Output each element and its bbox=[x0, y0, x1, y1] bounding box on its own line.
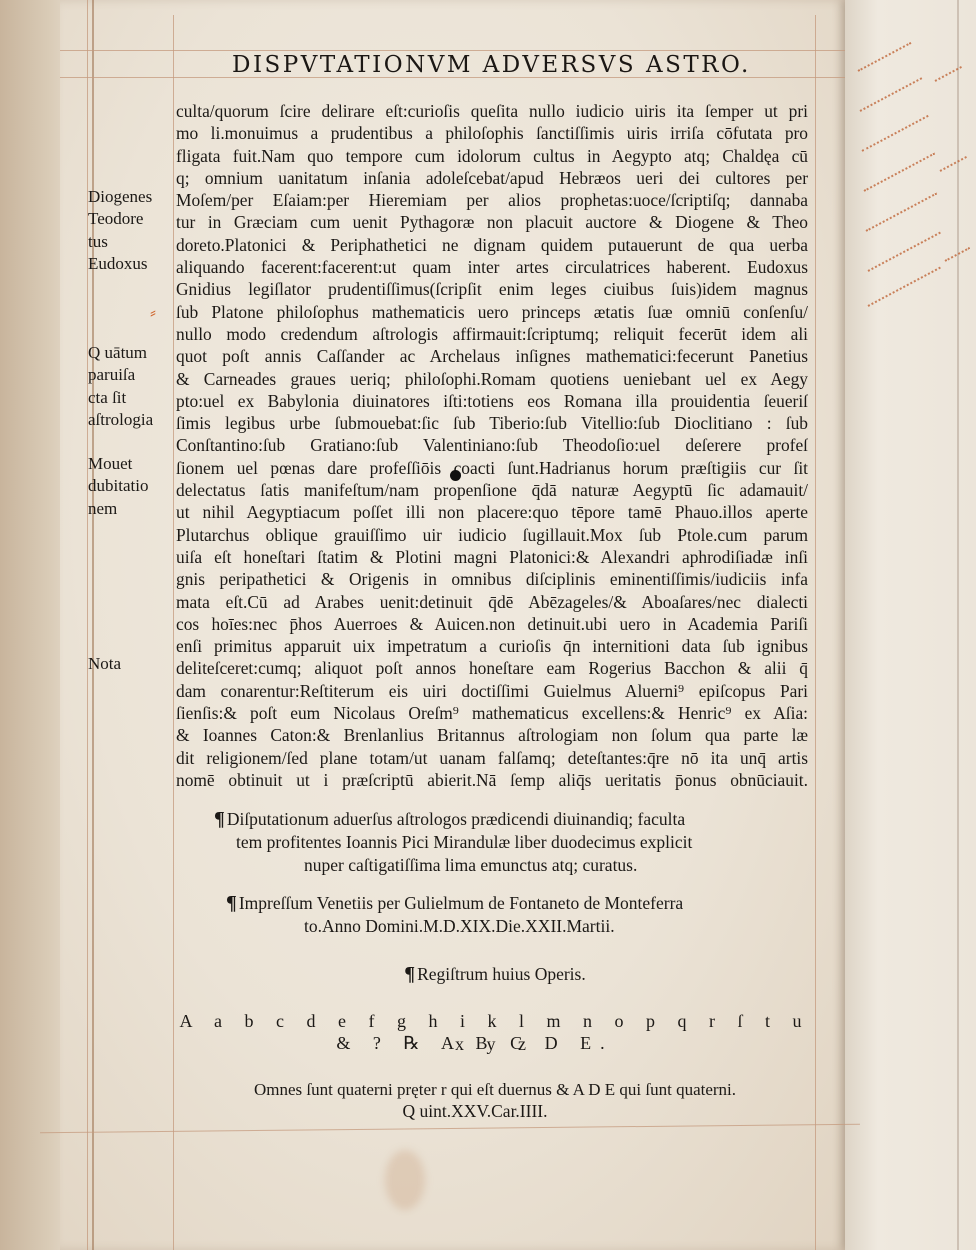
body-line: & Carneades graues ueriq; philoſophi.Rom… bbox=[176, 368, 808, 390]
body-line: deliteſceret:cumq; aliquot poſt annos ho… bbox=[176, 657, 808, 679]
leaf-fold-line bbox=[957, 0, 959, 1250]
body-line: Plutarchus oblique grauiſſimo uir iudici… bbox=[176, 524, 808, 546]
body-line: q; omnium uanitatum inſania adoleſcebat/… bbox=[176, 167, 808, 189]
margin-note-line: aſtrologia bbox=[88, 409, 153, 431]
imprint-line: to.Anno Domini.M.D.XIX.Die.XXII.Martii. bbox=[226, 915, 796, 938]
body-line: fligata fuit.Nam quo tempore cum idoloru… bbox=[176, 145, 808, 167]
register-note: Omnes ſunt quaterni pręter r qui eſt due… bbox=[170, 1078, 820, 1101]
pilcrow-icon: ¶ bbox=[226, 892, 237, 914]
body-line: ſub Platone philoſophus mathematicis uer… bbox=[176, 301, 808, 323]
running-head: DISPVTATIONVM ADVERSVS ASTRO. bbox=[232, 52, 751, 78]
margin-note: DiogenesTeodoretusEudoxus bbox=[88, 186, 152, 275]
explicit-line: Diſputationum aduerſus aſtrologos prædic… bbox=[227, 809, 685, 829]
body-line: ut nihil Aegyptiacum poſſet illi non pla… bbox=[176, 501, 808, 523]
body-line: Conſtantino:ſub Gratiano:ſub Valentinian… bbox=[176, 434, 808, 456]
body-line: nomē obtinuit ut i præſcriptū abierit.Nā… bbox=[176, 769, 808, 791]
register-title-text: Regiſtrum huius Operis. bbox=[417, 964, 586, 984]
body-line: culta/quorum ſcire delirare eſt:curioſis… bbox=[176, 100, 808, 122]
margin-note: Q uātumparuiſacta ſitaſtrologia bbox=[88, 342, 153, 431]
body-line: cos hoīes:nec p̄hos Auerroes & Auicen.no… bbox=[176, 613, 808, 635]
body-line: nullo modo credendum aſtrologis affirmau… bbox=[176, 323, 808, 345]
pilcrow-icon: ¶ bbox=[404, 963, 415, 985]
margin-note-line: nem bbox=[88, 498, 148, 520]
body-line: uiſa eſt honeſtari ſtatim & Plotini magn… bbox=[176, 546, 808, 568]
body-line: & Ioannes Caton:& Brenlanlius Britannus … bbox=[176, 724, 808, 746]
explicit-paragraph: ¶Diſputationum aduerſus aſtrologos prædi… bbox=[214, 808, 784, 877]
body-line: enſi primitus apparuit uix impetratum a … bbox=[176, 635, 808, 657]
margin-note-line: cta ſit bbox=[88, 387, 153, 409]
pilcrow-icon: ¶ bbox=[214, 808, 225, 830]
margin-note: Mouetdubitationem bbox=[88, 453, 148, 520]
paper-stain bbox=[385, 1150, 425, 1210]
register-count: Q uint.XXV.Car.IIII. bbox=[150, 1100, 800, 1123]
imprint-line: Impreſſum Venetiis per Gulielmum de Font… bbox=[239, 893, 683, 913]
explicit-line: tem profitentes Ioannis Pici Mirandulæ l… bbox=[214, 831, 784, 854]
margin-note-line: Q uātum bbox=[88, 342, 153, 364]
ink-blot bbox=[450, 470, 461, 481]
red-annotation-mark: ⸗ bbox=[150, 302, 156, 323]
body-line: delectatus ſatis manifeſtum/nam propenſi… bbox=[176, 479, 808, 501]
body-line: doreto.Platonici & Periphathetici ne dig… bbox=[176, 234, 808, 256]
rule-gloss bbox=[173, 15, 174, 1250]
body-line: ſionem uel pœnas dare profeſſiōis coacti… bbox=[176, 457, 808, 479]
imprint-paragraph: ¶Impreſſum Venetiis per Gulielmum de Fon… bbox=[226, 892, 796, 938]
rule-right bbox=[815, 15, 816, 1250]
rule-top bbox=[60, 50, 845, 51]
body-line: quot poſt annis Caſſander ac Archelaus i… bbox=[176, 345, 808, 367]
margin-note-line: Mouet bbox=[88, 453, 148, 475]
body-line: aliquando facerent:facerent:ut quam inte… bbox=[176, 256, 808, 278]
register-title: ¶Regiſtrum huius Operis. bbox=[170, 963, 820, 986]
explicit-line: nuper caſtigatiſſima lima emunctus atq; … bbox=[214, 854, 784, 877]
register-extra: & ? ℞ A B C D E. bbox=[150, 1032, 800, 1055]
margin-note: Nota bbox=[88, 653, 121, 675]
body-line: mata eſt.Cū ad Arabes uenit:detinuit q̄d… bbox=[176, 591, 808, 613]
margin-note-line: Eudoxus bbox=[88, 253, 152, 275]
body-line: dit religionem/ſed plane totam/ut uanam … bbox=[176, 747, 808, 769]
body-line: Gnidius legiſlator prudentiſſimus(ſcripſ… bbox=[176, 278, 808, 300]
facing-manuscript-leaf bbox=[845, 0, 976, 1250]
body-text-block: culta/quorum ſcire delirare eſt:curioſis… bbox=[176, 100, 808, 791]
body-line: ſimis legibus urbe ſubmouebat:ſic ſub Ti… bbox=[176, 412, 808, 434]
margin-note-line: tus bbox=[88, 231, 152, 253]
body-line: dam conarentur:Reſtiterum eis uiri docti… bbox=[176, 680, 808, 702]
margin-note-line: paruiſa bbox=[88, 364, 153, 386]
body-line: gnis peripathetici & Origenis in omnibus… bbox=[176, 568, 808, 590]
body-line: Moſem/per Eſaiam:per Hieremiam per alios… bbox=[176, 189, 808, 211]
body-line: mo li.monuimus a prudentibus a philoſoph… bbox=[176, 122, 808, 144]
margin-note-line: Diogenes bbox=[88, 186, 152, 208]
body-line: ſienſis:& poſt eum Nicolaus Oreſm⁹ mathe… bbox=[176, 702, 808, 724]
body-line: pto:uel ex Babylonia diuinatores iſti:to… bbox=[176, 390, 808, 412]
margin-note-line: dubitatio bbox=[88, 475, 148, 497]
margin-note-line: Teodore bbox=[88, 208, 152, 230]
body-line: tur in Græciam cum uenit Pythagoræ non p… bbox=[176, 211, 808, 233]
margin-note-line: Nota bbox=[88, 653, 121, 675]
